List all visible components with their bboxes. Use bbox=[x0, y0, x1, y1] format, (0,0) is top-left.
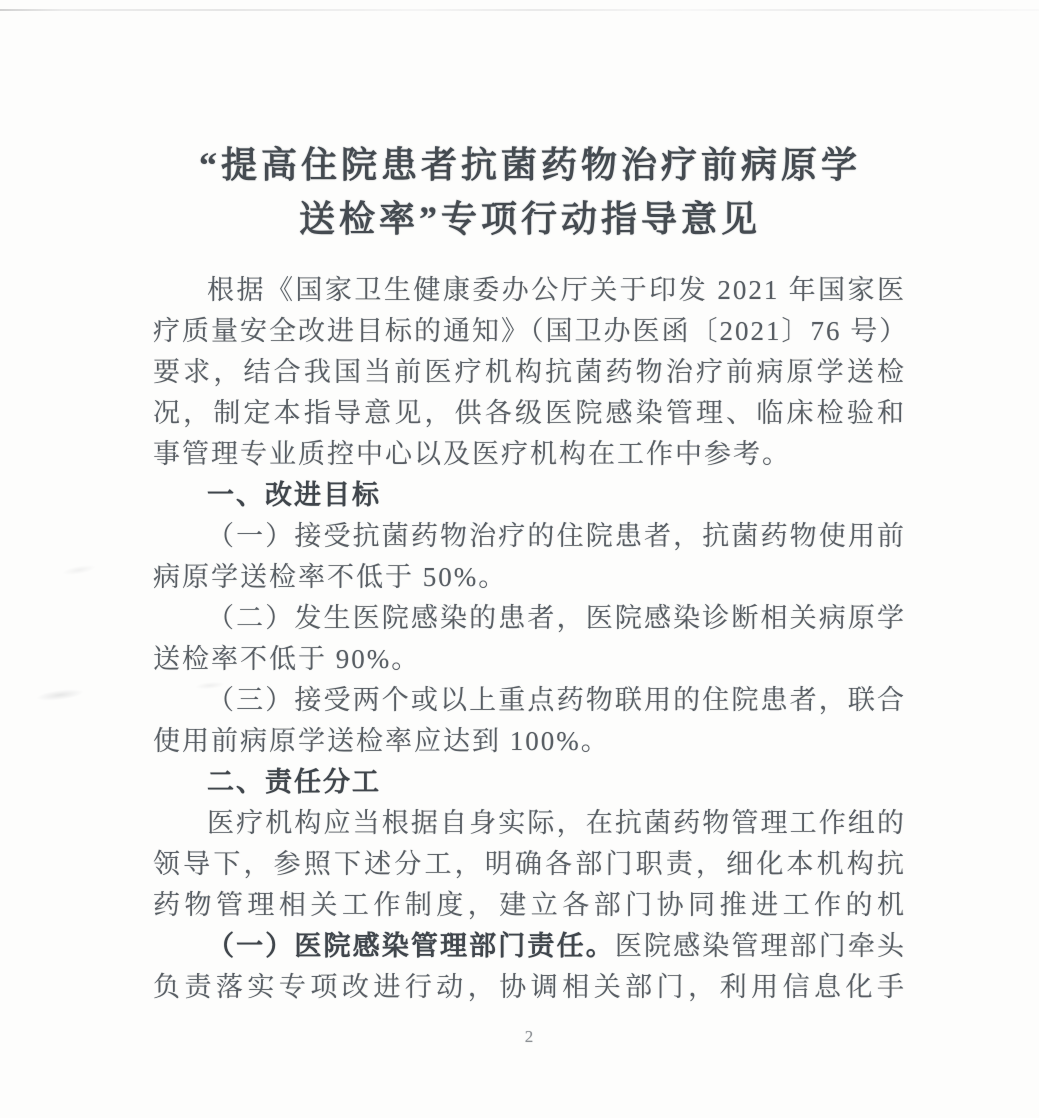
document-title: “提高住院患者抗菌药物治疗前病原学 送检率”专项行动指导意见 bbox=[150, 138, 910, 246]
text-line: 使用前病原学送检率应达到 100%。 bbox=[153, 721, 906, 762]
text-line: 疗质量安全改进目标的通知》（国卫办医函〔2021〕76 号） bbox=[153, 311, 906, 352]
text-line: 领导下，参照下述分工，明确各部门职责，细化本机构抗菌 bbox=[153, 844, 906, 885]
inline-bold-heading: （一）医院感染管理部门责任。 bbox=[207, 931, 615, 961]
document-title-line-2: 送检率”专项行动指导意见 bbox=[150, 192, 910, 246]
section-heading-line: 一、改进目标 bbox=[153, 475, 906, 516]
text-line: 要求，结合我国当前医疗机构抗菌药物治疗前病原学送检情 bbox=[153, 352, 906, 393]
text-line: 送检率不低于 90%。 bbox=[153, 639, 906, 680]
scan-artifact-top-line bbox=[0, 9, 1039, 11]
text-line: 医疗机构应当根据自身实际，在抗菌药物管理工作组的 bbox=[153, 803, 906, 844]
text-line: 药物管理相关工作制度，建立各部门协同推进工作的机制。 bbox=[153, 885, 906, 926]
text-line: （一）医院感染管理部门责任。医院感染管理部门牵头 bbox=[153, 926, 906, 967]
text-line: （二）发生医院感染的患者，医院感染诊断相关病原学 bbox=[153, 598, 906, 639]
text-line: 况，制定本指导意见，供各级医院感染管理、临床检验和药 bbox=[153, 393, 906, 434]
document-title-line-1: “提高住院患者抗菌药物治疗前病原学 bbox=[150, 138, 910, 192]
text-line: 负责落实专项改进行动，协调相关部门，利用信息化手段， bbox=[153, 967, 906, 1008]
line-text: 医院感染管理部门牵头 bbox=[615, 931, 906, 961]
section-heading-line: 二、责任分工 bbox=[153, 762, 906, 803]
scan-artifact-smudge bbox=[36, 687, 85, 703]
page-number: 2 bbox=[153, 1027, 906, 1047]
text-line: 根据《国家卫生健康委办公厅关于印发 2021 年国家医 bbox=[153, 270, 906, 311]
document-body: 根据《国家卫生健康委办公厅关于印发 2021 年国家医疗质量安全改进目标的通知》… bbox=[153, 270, 906, 1008]
text-line: 病原学送检率不低于 50%。 bbox=[153, 557, 906, 598]
scan-artifact-smudge bbox=[62, 563, 97, 577]
text-line: （一）接受抗菌药物治疗的住院患者，抗菌药物使用前 bbox=[153, 516, 906, 557]
text-line: （三）接受两个或以上重点药物联用的住院患者，联合 bbox=[153, 680, 906, 721]
scanned-document-page: “提高住院患者抗菌药物治疗前病原学 送检率”专项行动指导意见 根据《国家卫生健康… bbox=[0, 0, 1039, 1118]
text-line: 事管理专业质控中心以及医疗机构在工作中参考。 bbox=[153, 434, 906, 475]
